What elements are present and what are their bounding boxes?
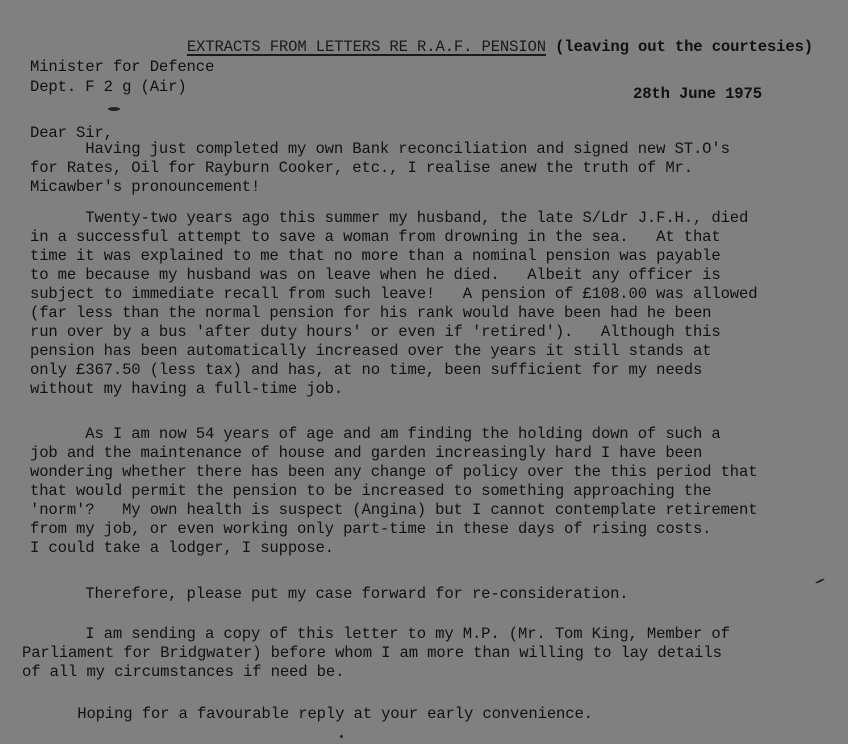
paragraph-3-line-2: job and the maintenance of house and gar… bbox=[30, 444, 702, 462]
paragraph-5-line-2: Parliament for Bridgwater) before whom I… bbox=[22, 644, 722, 662]
paragraph-1-line-1: Having just completed my own Bank reconc… bbox=[30, 140, 730, 158]
paragraph-1-line-2: for Rates, Oil for Rayburn Cooker, etc.,… bbox=[30, 159, 693, 177]
paragraph-5-line-1: I am sending a copy of this letter to my… bbox=[30, 625, 730, 643]
paragraph-2-line-10: without my having a full-time job. bbox=[30, 380, 343, 398]
paragraph-6-line-1: Hoping for a favourable reply at your ea… bbox=[22, 705, 593, 723]
paragraph-4-line-1: Therefore, please put my case forward fo… bbox=[30, 585, 629, 603]
paragraph-3-line-4: that would permit the pension to be incr… bbox=[30, 482, 711, 500]
paragraph-1-line-3: Micawber's pronouncement! bbox=[30, 178, 260, 196]
recipient-line-2: Dept. F 2 g (Air) bbox=[30, 78, 187, 96]
paragraph-2-line-8: pension has been automatically increased… bbox=[30, 342, 711, 360]
paragraph-3-line-7: I could take a lodger, I suppose. bbox=[30, 539, 334, 557]
recipient-line-1: Minister for Defence bbox=[30, 58, 214, 76]
ink-dot bbox=[340, 735, 343, 738]
paragraph-5-line-3: of all my circumstances if need be. bbox=[22, 663, 344, 681]
paragraph-3-line-6: from my job, or even working only part-t… bbox=[30, 520, 711, 538]
document-heading: EXTRACTS FROM LETTERS RE R.A.F. PENSION … bbox=[150, 20, 813, 74]
ink-smudge bbox=[108, 107, 120, 111]
paragraph-2-line-5: subject to immediate recall from such le… bbox=[30, 285, 757, 303]
typewritten-letter-page: EXTRACTS FROM LETTERS RE R.A.F. PENSION … bbox=[0, 0, 848, 744]
paragraph-2-line-4: to me because my husband was on leave wh… bbox=[30, 266, 721, 284]
paragraph-2-line-9: only £367.50 (less tax) and has, at no t… bbox=[30, 361, 702, 379]
pen-mark bbox=[815, 578, 825, 584]
heading-note: (leaving out the courtesies) bbox=[546, 38, 813, 56]
paragraph-2-line-1: Twenty-two years ago this summer my husb… bbox=[30, 209, 748, 227]
heading-title: EXTRACTS FROM LETTERS RE R.A.F. PENSION bbox=[187, 38, 546, 56]
paragraph-3-line-3: wondering whether there has been any cha… bbox=[30, 463, 757, 481]
paragraph-3-line-5: 'norm'? My own health is suspect (Angina… bbox=[30, 501, 757, 519]
paragraph-2-line-7: run over by a bus 'after duty hours' or … bbox=[30, 323, 721, 341]
paragraph-2-line-3: time it was explained to me that no more… bbox=[30, 247, 721, 265]
paragraph-2-line-2: in a successful attempt to save a woman … bbox=[30, 228, 721, 246]
paragraph-3-line-1: As I am now 54 years of age and am findi… bbox=[30, 425, 721, 443]
paragraph-2-line-6: (far less than the normal pension for hi… bbox=[30, 304, 711, 322]
letter-date: 28th June 1975 bbox=[633, 85, 762, 103]
